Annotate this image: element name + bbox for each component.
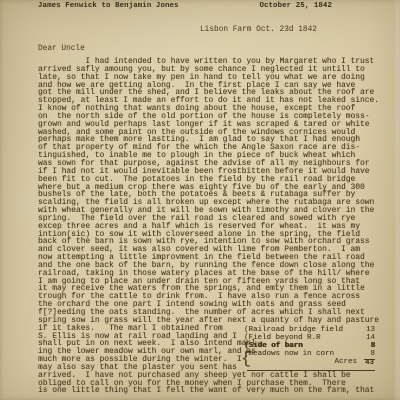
annotation-correspondents: James Fenwick to Benjamin Jones bbox=[38, 2, 179, 10]
letter-scan-page: James Fenwick to Benjamin Jones October … bbox=[0, 0, 400, 400]
acreage-total-row: Acres 43 bbox=[244, 359, 375, 367]
acreage-total-value: 43 bbox=[364, 359, 375, 367]
acreage-value: 8 bbox=[370, 351, 375, 359]
acreage-label: (meadows now in corn bbox=[244, 351, 334, 359]
margin-acreage-table: (Railroad bridge field 13 (Field beyond … bbox=[244, 327, 375, 367]
letter-dateline: Lisbon Farm Oct. 23d 1842 bbox=[200, 26, 317, 34]
annotation-date: October 25, 1842 bbox=[259, 2, 332, 10]
sum-rule-line bbox=[247, 370, 375, 371]
archival-annotation: James Fenwick to Benjamin Jones October … bbox=[38, 2, 332, 10]
acreage-brace: { bbox=[241, 350, 251, 369]
acreage-total-label: Acres bbox=[334, 359, 357, 367]
letter-salutation: Dear Uncle bbox=[38, 45, 85, 53]
